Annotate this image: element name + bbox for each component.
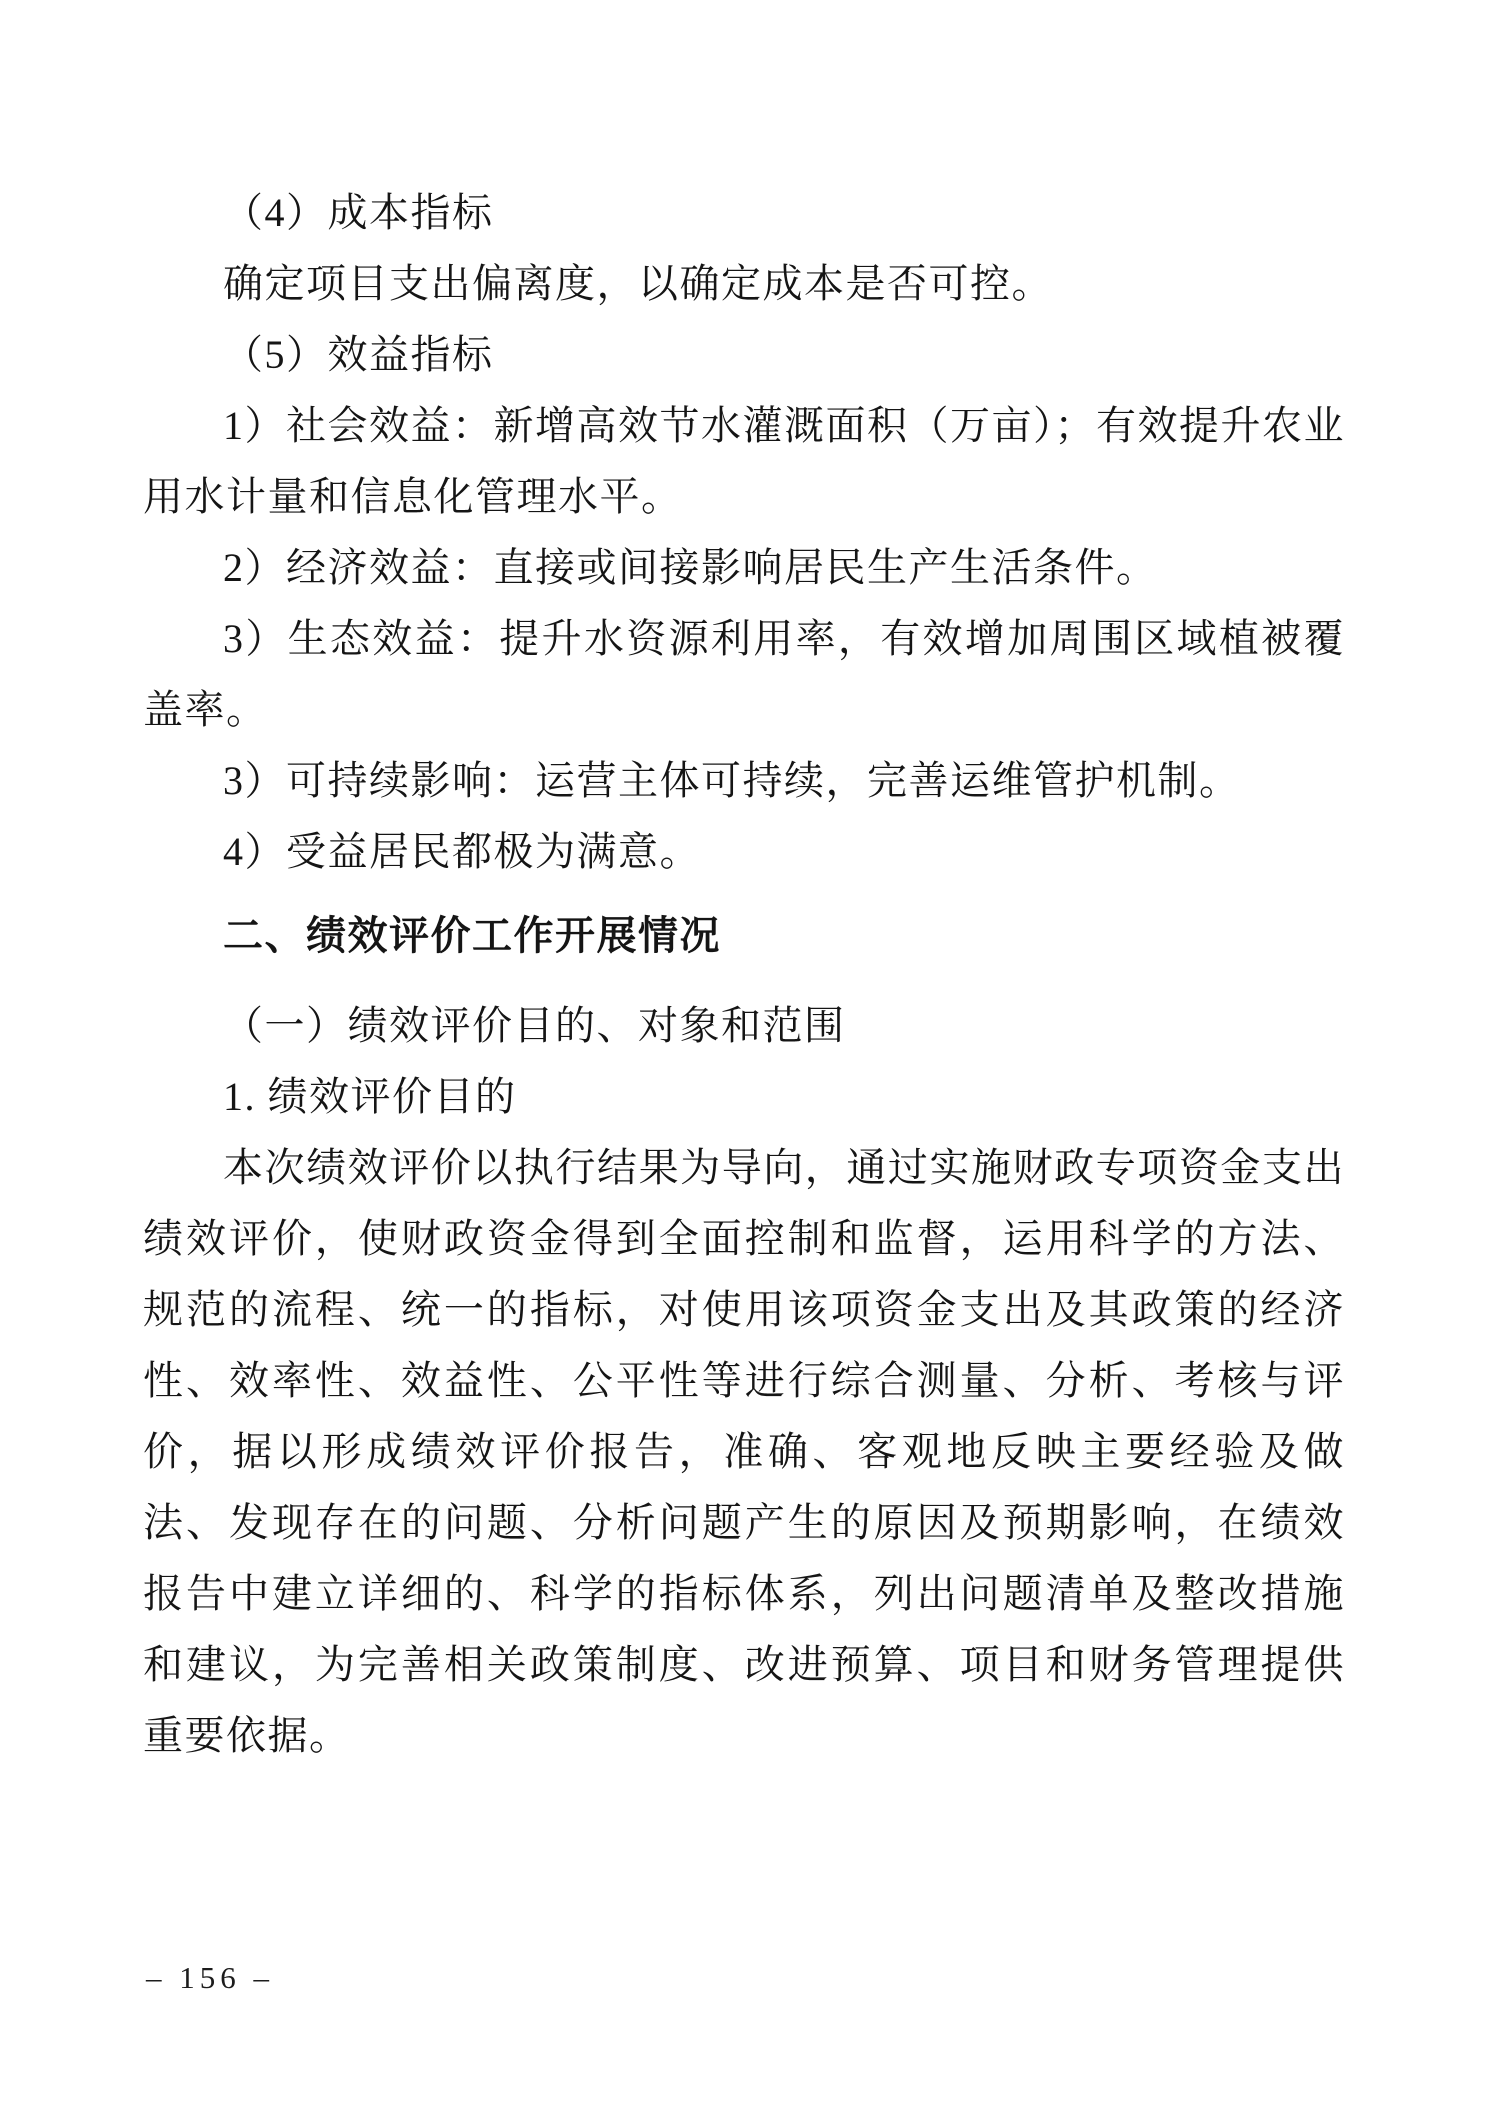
benefit-item-social: 1）社会效益：新增高效节水灌溉面积（万亩）；有效提升农业用水计量和信息化管理水平… — [143, 390, 1345, 532]
page-number: – 156 – — [146, 1962, 274, 1993]
document-page: （4）成本指标 确定项目支出偏离度，以确定成本是否可控。 （5）效益指标 1）社… — [0, 0, 1488, 2104]
item-4-cost-indicator-heading: （4）成本指标 — [143, 177, 1345, 248]
cost-indicator-description: 确定项目支出偏离度，以确定成本是否可控。 — [143, 248, 1345, 319]
document-body: （4）成本指标 确定项目支出偏离度，以确定成本是否可控。 （5）效益指标 1）社… — [143, 177, 1345, 1771]
item-5-benefit-indicator-heading: （5）效益指标 — [143, 319, 1345, 390]
clause-heading-evaluation-purpose: 1. 绩效评价目的 — [143, 1061, 1345, 1132]
evaluation-purpose-paragraph: 本次绩效评价以执行结果为导向，通过实施财政专项资金支出绩效评价，使财政资金得到全… — [143, 1132, 1345, 1771]
benefit-item-sustainability: 3）可持续影响：运营主体可持续，完善运维管护机制。 — [143, 745, 1345, 816]
section-heading-evaluation-work: 二、绩效评价工作开展情况 — [143, 900, 1345, 971]
benefit-item-economic: 2）经济效益：直接或间接影响居民生产生活条件。 — [143, 532, 1345, 603]
benefit-item-ecological: 3）生态效益：提升水资源利用率，有效增加周围区域植被覆盖率。 — [143, 603, 1345, 745]
benefit-item-satisfaction: 4）受益居民都极为满意。 — [143, 816, 1345, 887]
subsection-heading-purpose-scope: （一）绩效评价目的、对象和范围 — [143, 990, 1345, 1061]
